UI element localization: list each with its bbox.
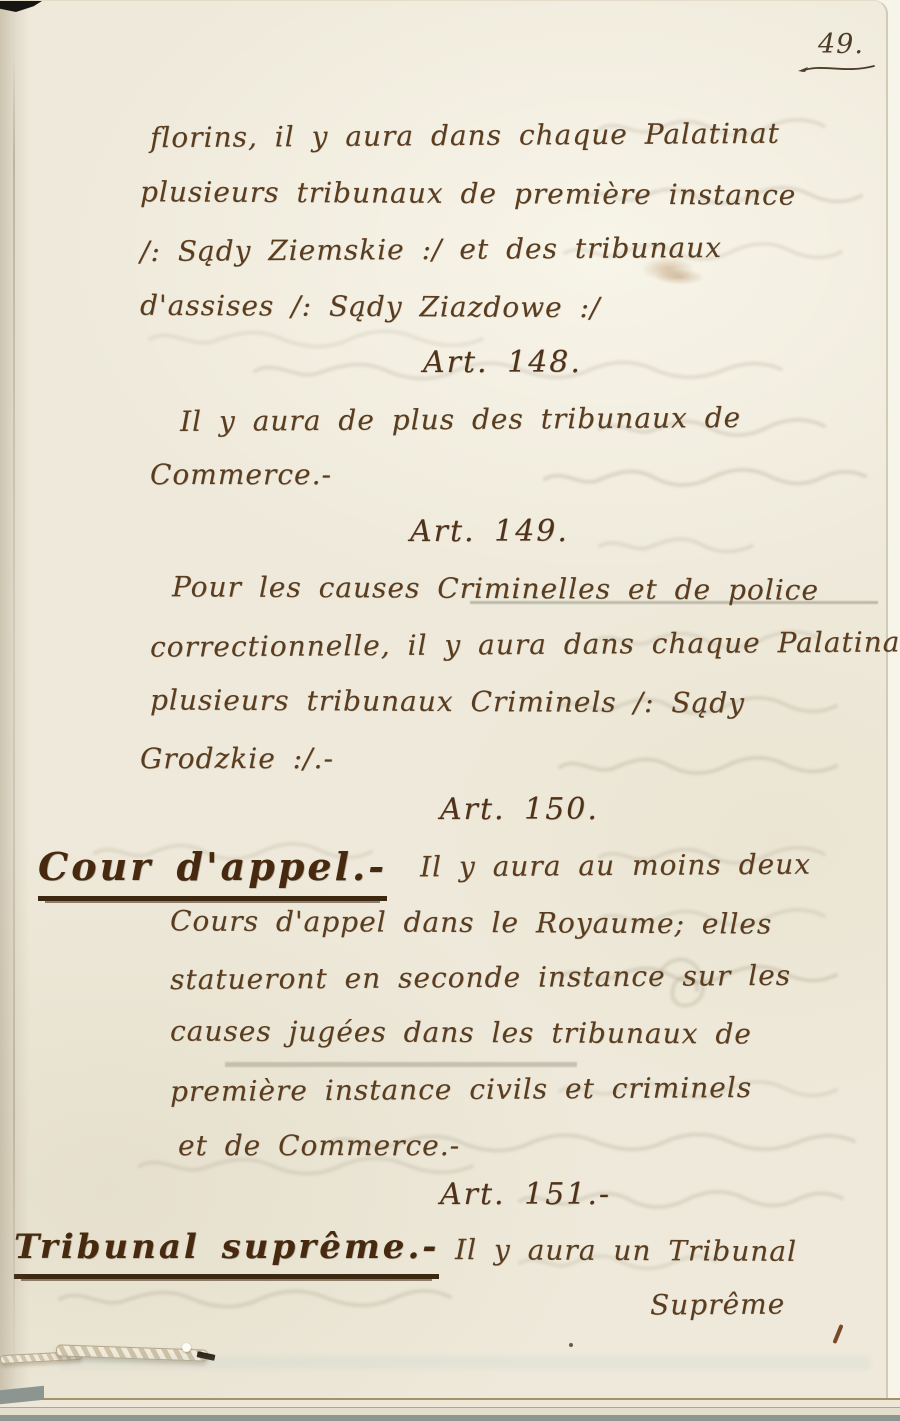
manuscript-line-3: /: Sądy Ziemskie :/ et des tribunaux (140, 231, 722, 268)
paper-stain (655, 269, 705, 285)
manuscript-line-7: Pour les causes Criminelles et de police (172, 570, 819, 606)
article-heading-148: Art. 148. (423, 345, 582, 380)
manuscript-line-10: Grodzkie :/.- (140, 742, 334, 775)
manuscript-line-4: d'assises /: Sądy Ziazdowe :/ (140, 289, 601, 324)
article-heading-150: Art. 150. (440, 792, 599, 827)
manuscript-line-9: plusieurs tribunaux Criminels /: Sądy (150, 683, 745, 719)
page-left-crease (13, 53, 15, 1383)
scan-tint-streak (60, 1356, 870, 1369)
stitch-hole (182, 1343, 191, 1352)
manuscript-line-11: Il y aura au moins deux (420, 848, 811, 884)
manuscript-line-13: statueront en seconde instance sur les (170, 959, 791, 996)
scan-background (0, 1415, 900, 1421)
page-number-flourish (796, 61, 880, 79)
manuscript-line-14: causes jugées dans les tribunaux de (170, 1014, 752, 1050)
manuscript-line-12: Cours d'appel dans le Royaume; elles (170, 904, 772, 940)
margin-heading-cour-dappel: Cour d'appel.- (38, 844, 387, 901)
article-heading-151: Art. 151.- (440, 1177, 611, 1212)
manuscript-line-16: et de Commerce.- (178, 1129, 460, 1162)
manuscript-line-1: florins, il y aura dans chaque Palatinat (150, 117, 780, 154)
binding-gutter-shadow (0, 1, 30, 1399)
manuscript-line-5: Il y aura de plus des tribunaux de (180, 401, 741, 438)
manuscript-line-18: Suprême (650, 1288, 785, 1322)
margin-heading-tribunal-supreme: Tribunal suprême.- (14, 1227, 439, 1279)
ghost-underline (225, 1062, 577, 1067)
manuscript-page: 49. florins, il y aura dans chaque Palat… (0, 0, 888, 1399)
manuscript-line-8: correctionnelle, il y aura dans chaque P… (150, 625, 900, 663)
article-heading-149: Art. 149. (410, 514, 569, 549)
ink-speck (569, 1343, 573, 1347)
page-number: 49. (818, 29, 864, 60)
manuscript-line-17: Il y aura un Tribunal (455, 1233, 797, 1268)
manuscript-line-2: plusieurs tribunaux de première instance (140, 175, 796, 211)
manuscript-line-15: première instance civils et criminels (170, 1071, 752, 1108)
manuscript-photo: 49. florins, il y aura dans chaque Palat… (0, 0, 900, 1421)
manuscript-line-6: Commerce.- (150, 458, 332, 491)
